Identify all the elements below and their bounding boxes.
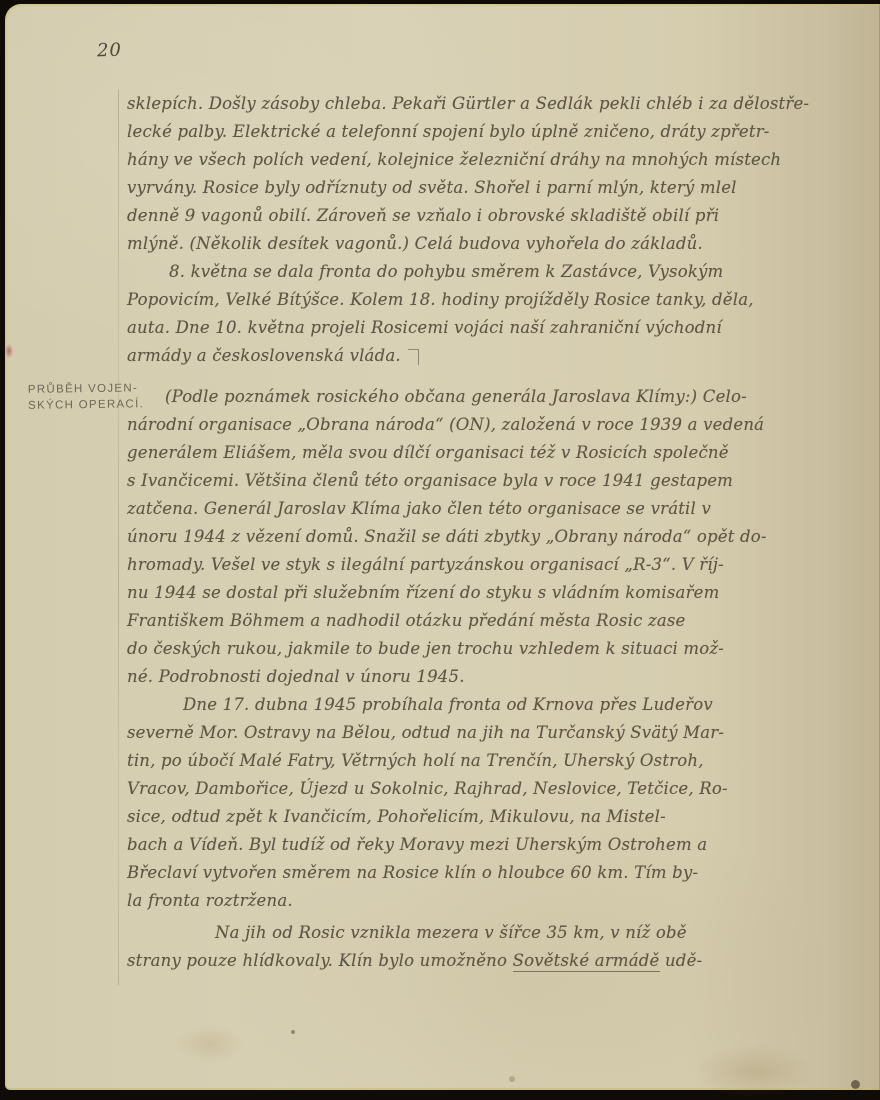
manuscript-line: Vracov, Dambořice, Újezd u Sokolnic, Raj… — [127, 775, 849, 803]
underlined-phrase: Sovětské armádě — [513, 951, 660, 972]
manuscript-text: sklepích. Došly zásoby chleba. Pekaři Gü… — [127, 90, 849, 975]
paper-speck — [291, 1030, 295, 1034]
manuscript-line: 8. května se dala fronta do pohybu směre… — [127, 258, 849, 286]
red-edge-mark — [5, 344, 13, 358]
manuscript-line: auta. Dne 10. května projeli Rosicemi vo… — [127, 314, 849, 342]
paragraph: (Podle poznámek rosického občana generál… — [127, 383, 849, 691]
manuscript-line: Popovicím, Velké Bítýšce. Kolem 18. hodi… — [127, 286, 849, 314]
manuscript-line: generálem Eliášem, měla svou dílčí organ… — [127, 439, 849, 467]
paragraph: sklepích. Došly zásoby chleba. Pekaři Gü… — [127, 90, 849, 258]
paragraph: 8. května se dala fronta do pohybu směre… — [127, 258, 849, 370]
manuscript-line: denně 9 vagonů obilí. Zároveň se vzňalo … — [127, 202, 849, 230]
manuscript-line: národní organisace „Obrana národa“ (ON),… — [127, 411, 849, 439]
paper-speck — [851, 1080, 860, 1089]
paper-sheet: 20 PRŮBĚH VOJEN- SKÝCH OPERACÍ. sklepích… — [5, 4, 880, 1090]
manuscript-line: (Podle poznámek rosického občana generál… — [127, 383, 849, 411]
pencil-bracket-mark — [408, 349, 419, 365]
page-number: 20 — [97, 40, 123, 62]
manuscript-line: lecké palby. Elektrické a telefonní spoj… — [127, 118, 849, 146]
manuscript-line: tin, po úbočí Malé Fatry, Větrných holí … — [127, 747, 849, 775]
manuscript-line: né. Podrobnosti dojednal v únoru 1945. — [127, 663, 849, 691]
manuscript-line: nu 1944 se dostal při služebním řízení d… — [127, 579, 849, 607]
margin-rule-line — [118, 90, 119, 985]
manuscript-line: do českých rukou, jakmile to bude jen tr… — [127, 635, 849, 663]
manuscript-line: hromady. Vešel ve styk s ilegální partyz… — [127, 551, 849, 579]
manuscript-line: únoru 1944 z vězení domů. Snažil se dáti… — [127, 523, 849, 551]
manuscript-line: vyrvány. Rosice byly odříznuty od světa.… — [127, 174, 849, 202]
paper-stain — [695, 1044, 815, 1099]
manuscript-line: severně Mor. Ostravy na Bělou, odtud na … — [127, 719, 849, 747]
manuscript-line: armády a československá vláda. — [127, 342, 849, 370]
paragraph: Dne 17. dubna 1945 probíhala fronta od K… — [127, 691, 849, 915]
manuscript-line: hány ve všech polích vedení, kolejnice ž… — [127, 146, 849, 174]
manuscript-line: Dne 17. dubna 1945 probíhala fronta od K… — [127, 691, 849, 719]
manuscript-line: strany pouze hlídkovaly. Klín bylo umožn… — [127, 947, 849, 975]
manuscript-line: Františkem Böhmem a nadhodil otázku před… — [127, 607, 849, 635]
manuscript-line: zatčena. Generál Jaroslav Klíma jako čle… — [127, 495, 849, 523]
manuscript-line: mlýně. (Několik desítek vagonů.) Celá bu… — [127, 230, 849, 258]
manuscript-line: sklepích. Došly zásoby chleba. Pekaři Gü… — [127, 90, 849, 118]
scanned-chronicle-page: { "page": { "number": "20", "margin_note… — [0, 0, 880, 1100]
paper-speck — [509, 1076, 515, 1082]
manuscript-line: Břeclaví vytvořen směrem na Rosice klín … — [127, 859, 849, 887]
paragraph: Na jih od Rosic vznikla mezera v šířce 3… — [127, 919, 849, 975]
manuscript-line: bach a Vídeň. Byl tudíž od řeky Moravy m… — [127, 831, 849, 859]
paper-stain — [175, 1024, 245, 1064]
manuscript-line: sice, odtud zpět k Ivančicím, Pohořelicí… — [127, 803, 849, 831]
manuscript-line: s Ivančicemi. Většina členů této organis… — [127, 467, 849, 495]
manuscript-line: Na jih od Rosic vznikla mezera v šířce 3… — [127, 919, 849, 947]
manuscript-line: la fronta roztržena. — [127, 887, 849, 915]
